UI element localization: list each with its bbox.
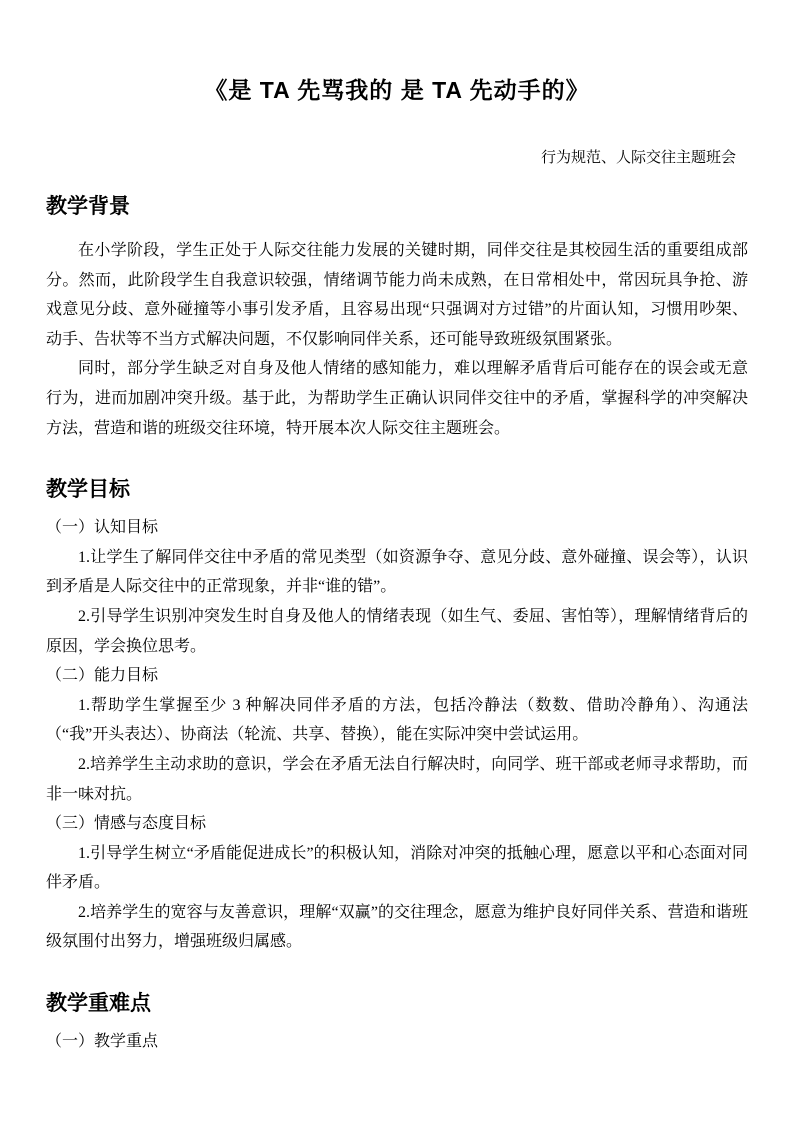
cognitive-objective-item-1: 1.让学生了解同伴交往中矛盾的常见类型（如资源争夺、意见分歧、意外碰撞、误会等）…	[46, 543, 748, 602]
document-page: 《是 TA 先骂我的 是 TA 先动手的》 行为规范、人际交往主题班会 教学背景…	[0, 0, 793, 1122]
document-title: 《是 TA 先骂我的 是 TA 先动手的》	[46, 72, 748, 108]
background-paragraph-1: 在小学阶段，学生正处于人际交往能力发展的关键时期，同伴交往是其校园生活的重要组成…	[46, 236, 748, 354]
section-heading-key-difficult-points: 教学重难点	[46, 989, 748, 1019]
document-subtitle: 行为规范、人际交往主题班会	[46, 148, 736, 168]
section-heading-teaching-objectives: 教学目标	[46, 475, 748, 505]
ability-objective-item-2: 2.培养学生主动求助的意识，学会在矛盾无法自行解决时，向同学、班干部或老师寻求帮…	[46, 750, 748, 809]
section-heading-teaching-background: 教学背景	[46, 192, 748, 222]
emotion-objective-item-1: 1.引导学生树立“矛盾能促进成长”的积极认知，消除对冲突的抵触心理，愿意以平和心…	[46, 839, 748, 898]
objective-group-label-cognitive: （一）认知目标	[46, 513, 748, 543]
cognitive-objective-item-2: 2.引导学生识别冲突发生时自身及他人的情绪表现（如生气、委屈、害怕等），理解情绪…	[46, 602, 748, 661]
key-points-group-label-teaching-focus: （一）教学重点	[46, 1027, 748, 1057]
ability-objective-item-1: 1.帮助学生掌握至少 3 种解决同伴矛盾的方法，包括冷静法（数数、借助冷静角）、…	[46, 691, 748, 750]
objective-group-label-ability: （二）能力目标	[46, 661, 748, 691]
objective-group-label-emotion-attitude: （三）情感与态度目标	[46, 809, 748, 839]
background-paragraph-2: 同时，部分学生缺乏对自身及他人情绪的感知能力，难以理解矛盾背后可能存在的误会或无…	[46, 354, 748, 443]
emotion-objective-item-2: 2.培养学生的宽容与友善意识，理解“双赢”的交往理念，愿意为维护良好同伴关系、营…	[46, 898, 748, 957]
